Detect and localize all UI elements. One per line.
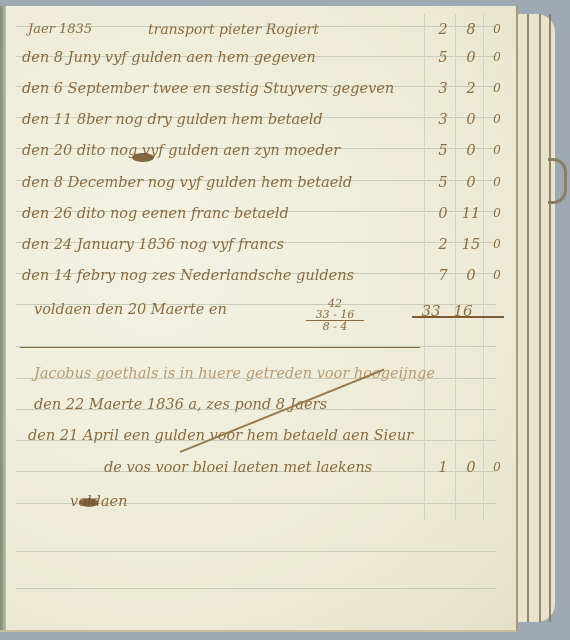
gulden-value: 2 <box>432 22 454 38</box>
gulden-value: 7 <box>432 268 454 284</box>
note-entry: den 21 April een gulden voor hem betaeld… <box>0 422 516 452</box>
entry-description: den 8 December nog vyf gulden hem betael… <box>22 175 352 191</box>
total-gulden: 33 <box>420 302 442 320</box>
stuivers-value: 0 <box>460 143 482 159</box>
ledger-entry: den 14 febry nog zes Nederlandsche gulde… <box>0 262 516 292</box>
gulden-value: 2 <box>432 237 454 253</box>
ledger-entry: den 8 Juny vyf gulden aen hem gegeven 5 … <box>0 44 516 74</box>
ledger-entry: den 6 September twee en sestig Stuyvers … <box>0 75 516 105</box>
note-entry: den 22 Maerte 1836 a, zes pond 8 Jaers <box>0 391 516 421</box>
stuivers-value: 0 <box>460 460 482 476</box>
entry-description: den 26 dito nog eenen franc betaeld <box>22 206 289 222</box>
ledger-entry: den 11 8ber nog dry gulden hem betaeld 3… <box>0 106 516 136</box>
voldaen-text: voldaen <box>70 494 127 510</box>
entry-description: den 11 8ber nog dry gulden hem betaeld <box>22 112 323 128</box>
gulden-value: 5 <box>432 50 454 66</box>
penningen-value: 0 <box>488 22 506 36</box>
fraction-mid: 33 - 16 <box>300 309 370 320</box>
stuivers-value: 8 <box>460 22 482 38</box>
year-label: Jaer 1835 <box>28 22 92 37</box>
entry-description: den 20 dito nog vyf gulden aen zyn moede… <box>22 143 340 159</box>
gulden-value: 5 <box>432 175 454 191</box>
penningen-value: 0 <box>488 268 506 282</box>
gulden-value: 3 <box>432 112 454 128</box>
penningen-value: 0 <box>488 143 506 157</box>
ledger-header-row: Jaer 1835 transport pieter Rogiert 2 8 0 <box>0 16 516 46</box>
note-entry: Jacobus goethals is in huere getreden vo… <box>0 360 516 390</box>
entry-description: den 24 January 1836 nog vyf francs <box>22 237 284 253</box>
settlement-row: voldaen den 20 Maerte en 33 16 <box>0 296 516 326</box>
penningen-value: 0 <box>488 237 506 251</box>
transport-label: transport pieter Rogiert <box>148 22 319 38</box>
stuivers-value: 0 <box>460 268 482 284</box>
note-text: de vos voor bloei laeten met laekens <box>104 460 372 476</box>
section-underline <box>20 347 420 348</box>
gulden-value: 1 <box>432 460 454 476</box>
book-clasp-loop <box>548 158 567 204</box>
ledger-page: Jaer 1835 transport pieter Rogiert 2 8 0… <box>0 6 518 632</box>
stuivers-value: 15 <box>460 237 482 253</box>
ledger-entry: den 26 dito nog eenen franc betaeld 0 11… <box>0 200 516 230</box>
fraction-bottom: 8 - 4 <box>300 321 370 332</box>
entry-description: den 6 September twee en sestig Stuyvers … <box>22 81 394 97</box>
gulden-value: 5 <box>432 143 454 159</box>
entry-description: den 8 Juny vyf gulden aen hem gegeven <box>22 50 316 66</box>
settlement-description: voldaen den 20 Maerte en <box>34 302 227 318</box>
penningen-value: 0 <box>488 206 506 220</box>
penningen-value: 0 <box>488 81 506 95</box>
gulden-value: 0 <box>432 206 454 222</box>
ledger-entry: den 8 December nog vyf gulden hem betael… <box>0 169 516 199</box>
total-stuivers: 16 <box>452 302 474 320</box>
stuivers-value: 0 <box>460 50 482 66</box>
footer-entry: voldaen <box>0 488 516 518</box>
stuivers-value: 11 <box>460 206 482 222</box>
penningen-value: 0 <box>488 50 506 64</box>
stuivers-value: 0 <box>460 175 482 191</box>
gulden-value: 3 <box>432 81 454 97</box>
calculation-fraction: 42 33 - 16 8 - 4 <box>300 298 370 332</box>
stuivers-value: 2 <box>460 81 482 97</box>
ledger-entry: den 24 January 1836 nog vyf francs 2 15 … <box>0 231 516 261</box>
entry-description: den 14 febry nog zes Nederlandsche gulde… <box>22 268 354 284</box>
ink-blot <box>132 153 154 162</box>
ink-blot <box>80 498 98 507</box>
stuivers-value: 0 <box>460 112 482 128</box>
penningen-value: 0 <box>488 175 506 189</box>
penningen-value: 0 <box>488 112 506 126</box>
penningen-value: 0 <box>488 460 506 474</box>
note-entry: de vos voor bloei laeten met laekens 1 0… <box>0 454 516 484</box>
ledger-entry: den 20 dito nog vyf gulden aen zyn moede… <box>0 137 516 167</box>
